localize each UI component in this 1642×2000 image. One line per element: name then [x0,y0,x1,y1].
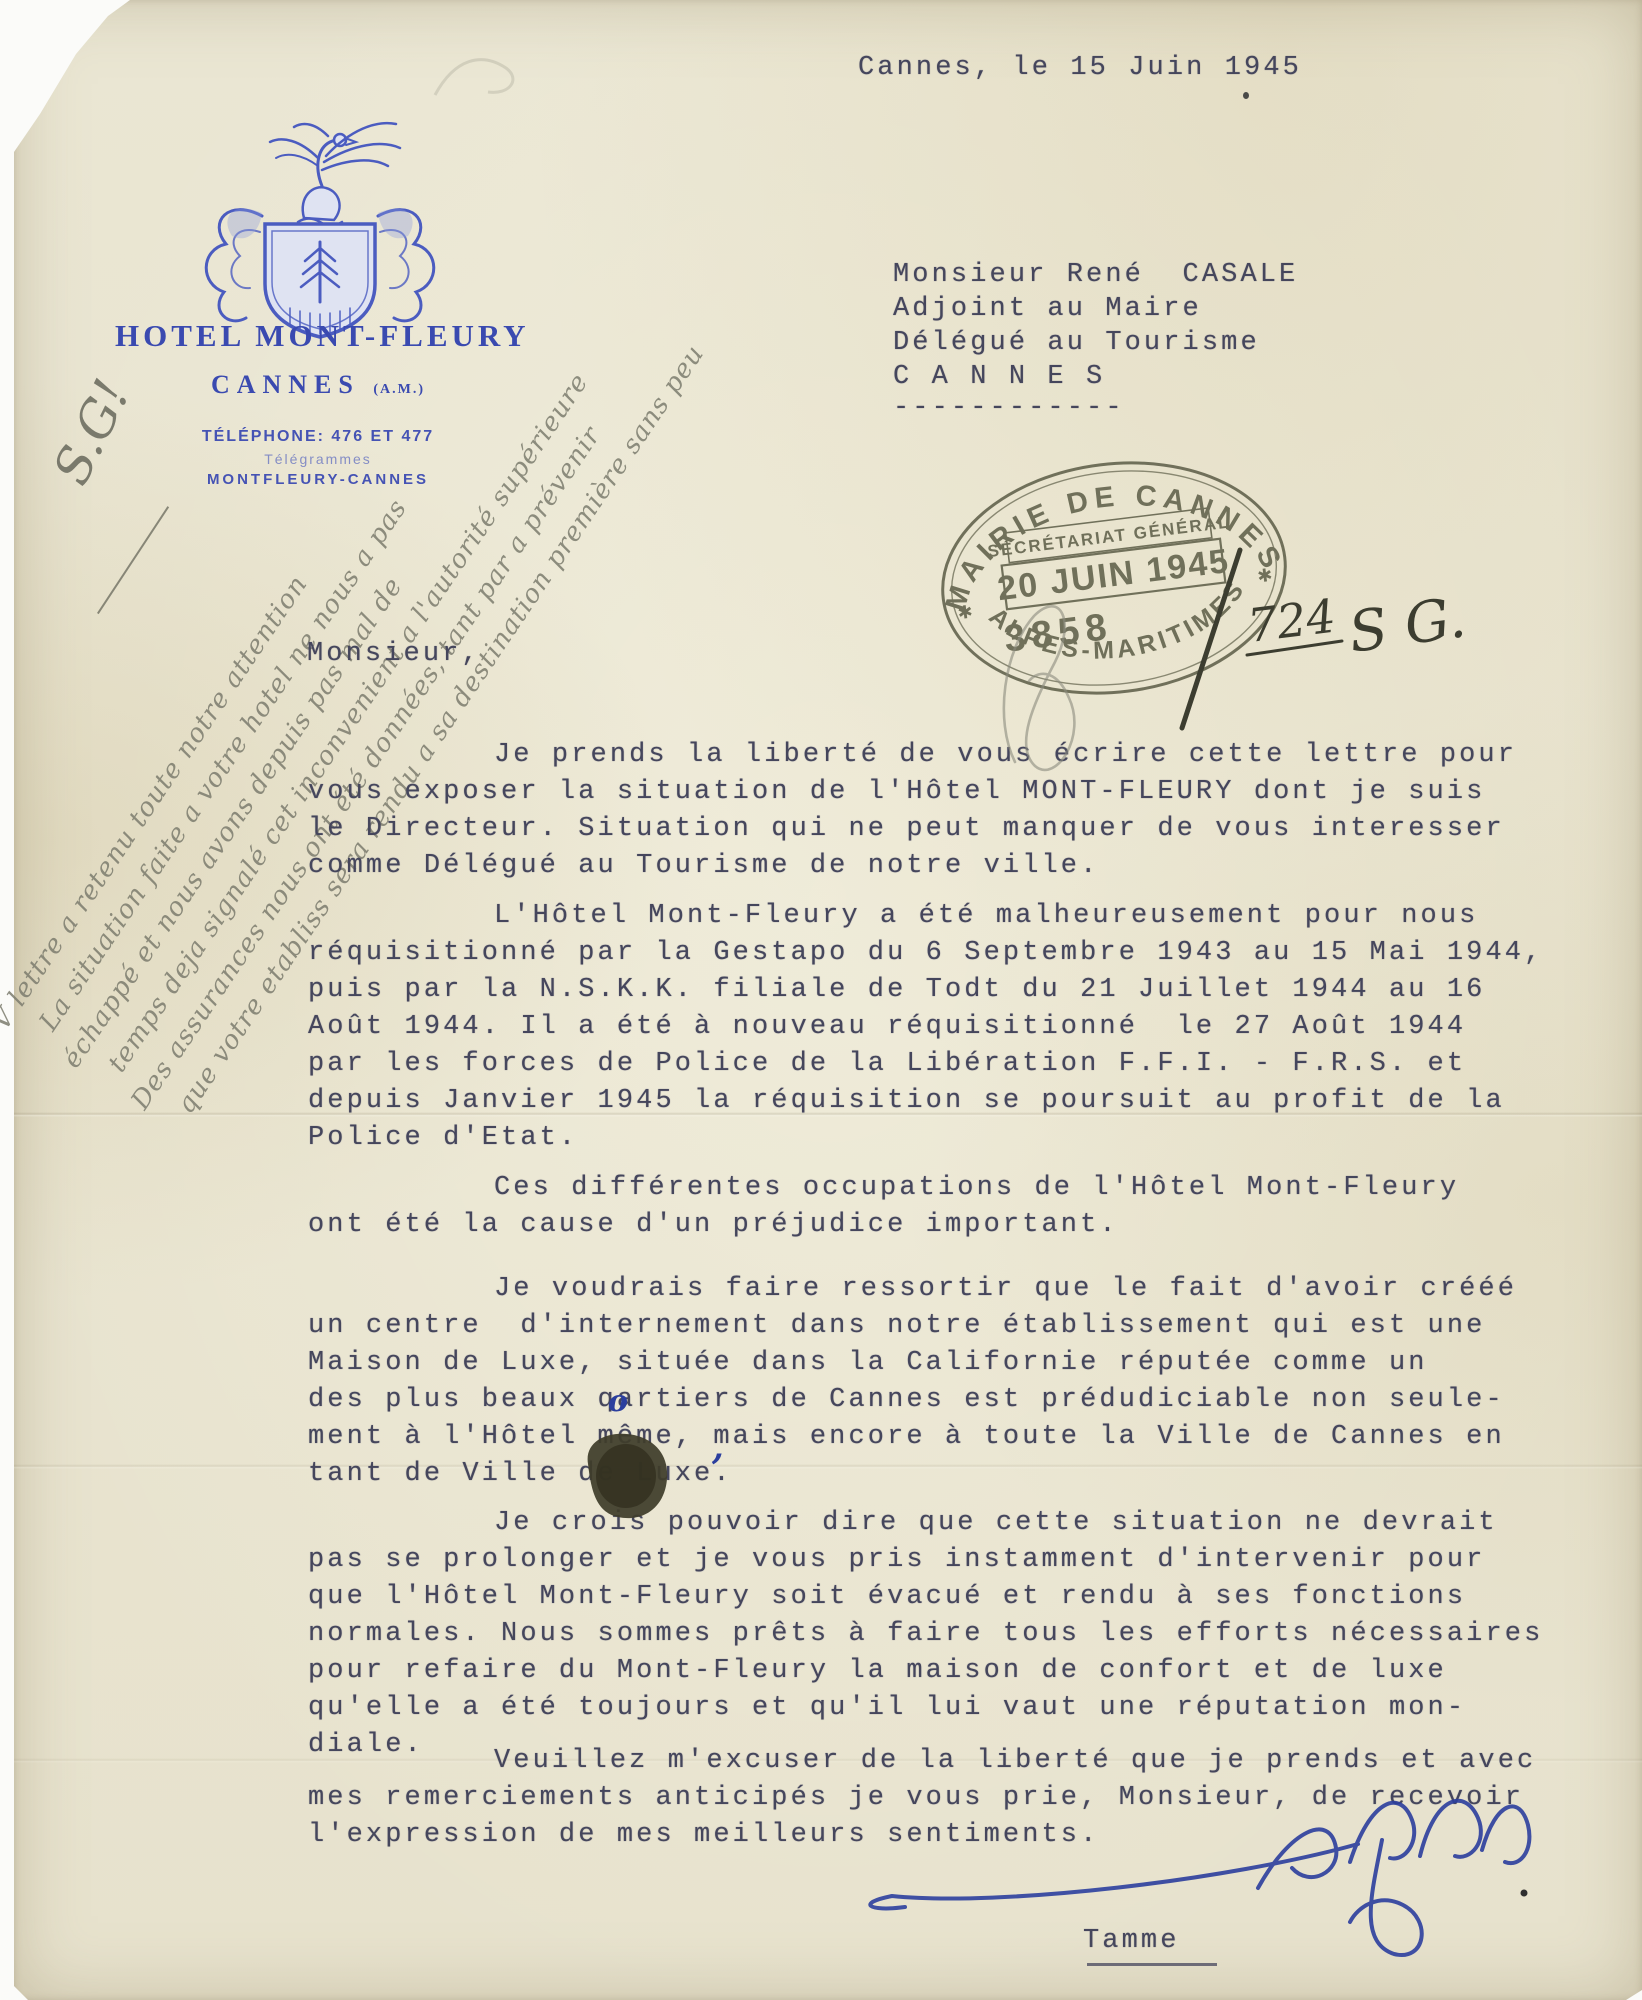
blue-correction-letter: o [608,1384,628,1419]
paragraph-line: puis par la N.S.K.K. filiale de Todt du … [308,972,1543,1009]
paragraph-line: pour refaire du Mont-Fleury la maison de… [308,1653,1543,1690]
paragraph-line: réquisitionné par la Gestapo du 6 Septem… [308,935,1543,972]
paragraph-line: Police d'Etat. [308,1120,1543,1157]
mairie-stamp: MAIRIE DE CANNES ALPES-MARITIMES SÉCRÉTA… [872,428,1372,728]
typed-signatory-name: Tamme [1083,1923,1180,1960]
paragraph-line: L'Hôtel Mont-Fleury a été malheureusemen… [308,898,1543,935]
paragraph-line: un centre d'internement dans notre établ… [308,1308,1517,1345]
paragraph-line: ont été la cause d'un préjudice importan… [308,1207,1459,1244]
recipient-block: Monsieur René CASALE Adjoint au Maire Dé… [893,258,1298,422]
paragraph-line: Maison de Luxe, située dans la Californi… [308,1345,1517,1382]
recipient-name: Monsieur René CASALE [893,258,1298,292]
recipient-title2: Délégué au Tourisme [893,326,1298,360]
paragraph-line: vous exposer la situation de l'Hôtel MON… [308,774,1517,811]
date-line: Cannes, le 15 Juin 1945 [858,50,1302,87]
paragraph-line: comme Délégué au Tourisme de notre ville… [308,848,1517,885]
telegraph-address: MONTFLEURY-CANNES [115,471,521,488]
recipient-city: C A N N E S [893,360,1298,394]
paragraph-line: mes remerciements anticipés je vous prie… [308,1780,1536,1817]
paragraph-line: Je crois pouvoir dire que cette situatio… [308,1505,1543,1542]
paragraph-3: Ces différentes occupations de l'Hôtel M… [308,1170,1459,1244]
hotel-city: CANNES (A.M.) [115,370,521,400]
telegrams-label: Télégrammes [115,451,521,467]
paragraph-line: pas se prolonger et je vous pris instamm… [308,1542,1543,1579]
paragraph-line: tant de Ville de Luxe. [308,1456,1517,1493]
recipient-title1: Adjoint au Maire [893,292,1298,326]
hotel-crest [178,106,458,346]
paragraph-line: normales. Nous sommes prêts à faire tous… [308,1616,1543,1653]
paragraph-line: par les forces de Police de la Libératio… [308,1046,1543,1083]
paragraph-line: ment à l'Hôtel même, mais encore à toute… [308,1419,1517,1456]
paragraph-line: des plus beaux qartiers de Cannes est pr… [308,1382,1517,1419]
paragraph-2: L'Hôtel Mont-Fleury a été malheureusemen… [308,898,1543,1157]
salutation: Monsieur, [307,636,481,673]
paragraph-4: Je voudrais faire ressortir que le fait … [308,1271,1517,1493]
paragraph-line: depuis Janvier 1945 la réquisition se po… [308,1083,1543,1120]
paragraph-line: qu'elle a été toujours et qu'il lui vaut… [308,1690,1543,1727]
paragraph-6: Veuillez m'excuser de la liberté que je … [308,1743,1536,1854]
paragraph-line: Veuillez m'excuser de la liberté que je … [308,1743,1536,1780]
paragraph-line: Août 1944. Il a été à nouveau réquisitio… [308,1009,1543,1046]
city-name: CANNES [211,370,360,399]
stray-ink-dot [1243,92,1249,99]
paragraph-line: le Directeur. Situation qui ne peut manq… [308,811,1517,848]
paragraph-1: Je prends la liberté de vous écrire cett… [308,737,1517,885]
paragraph-line: que l'Hôtel Mont-Fleury soit évacué et r… [308,1579,1543,1616]
paragraph-line: Ces différentes occupations de l'Hôtel M… [308,1170,1459,1207]
stamp-star-right: ✱ [1256,565,1273,587]
recipient-underline: ------------ [893,394,1298,422]
phone-line: TÉLÉPHONE: 476 ET 477 [115,428,521,446]
stamp-star-left: ✱ [956,602,973,624]
hotel-name: HOTEL MONT-FLEURY [115,318,521,354]
paragraph-line: Je voudrais faire ressortir que le fait … [308,1271,1517,1308]
blue-correction-comma: , [712,1428,724,1468]
city-suffix: (A.M.) [373,382,425,397]
paragraph-line: l'expression de mes meilleurs sentiments… [308,1817,1536,1854]
paragraph-5: Je crois pouvoir dire que cette situatio… [308,1505,1543,1764]
paragraph-line: Je prends la liberté de vous écrire cett… [308,737,1517,774]
letterhead: HOTEL MONT-FLEURY CANNES (A.M.) TÉLÉPHON… [115,318,521,488]
signature-underline [1087,1963,1217,1966]
